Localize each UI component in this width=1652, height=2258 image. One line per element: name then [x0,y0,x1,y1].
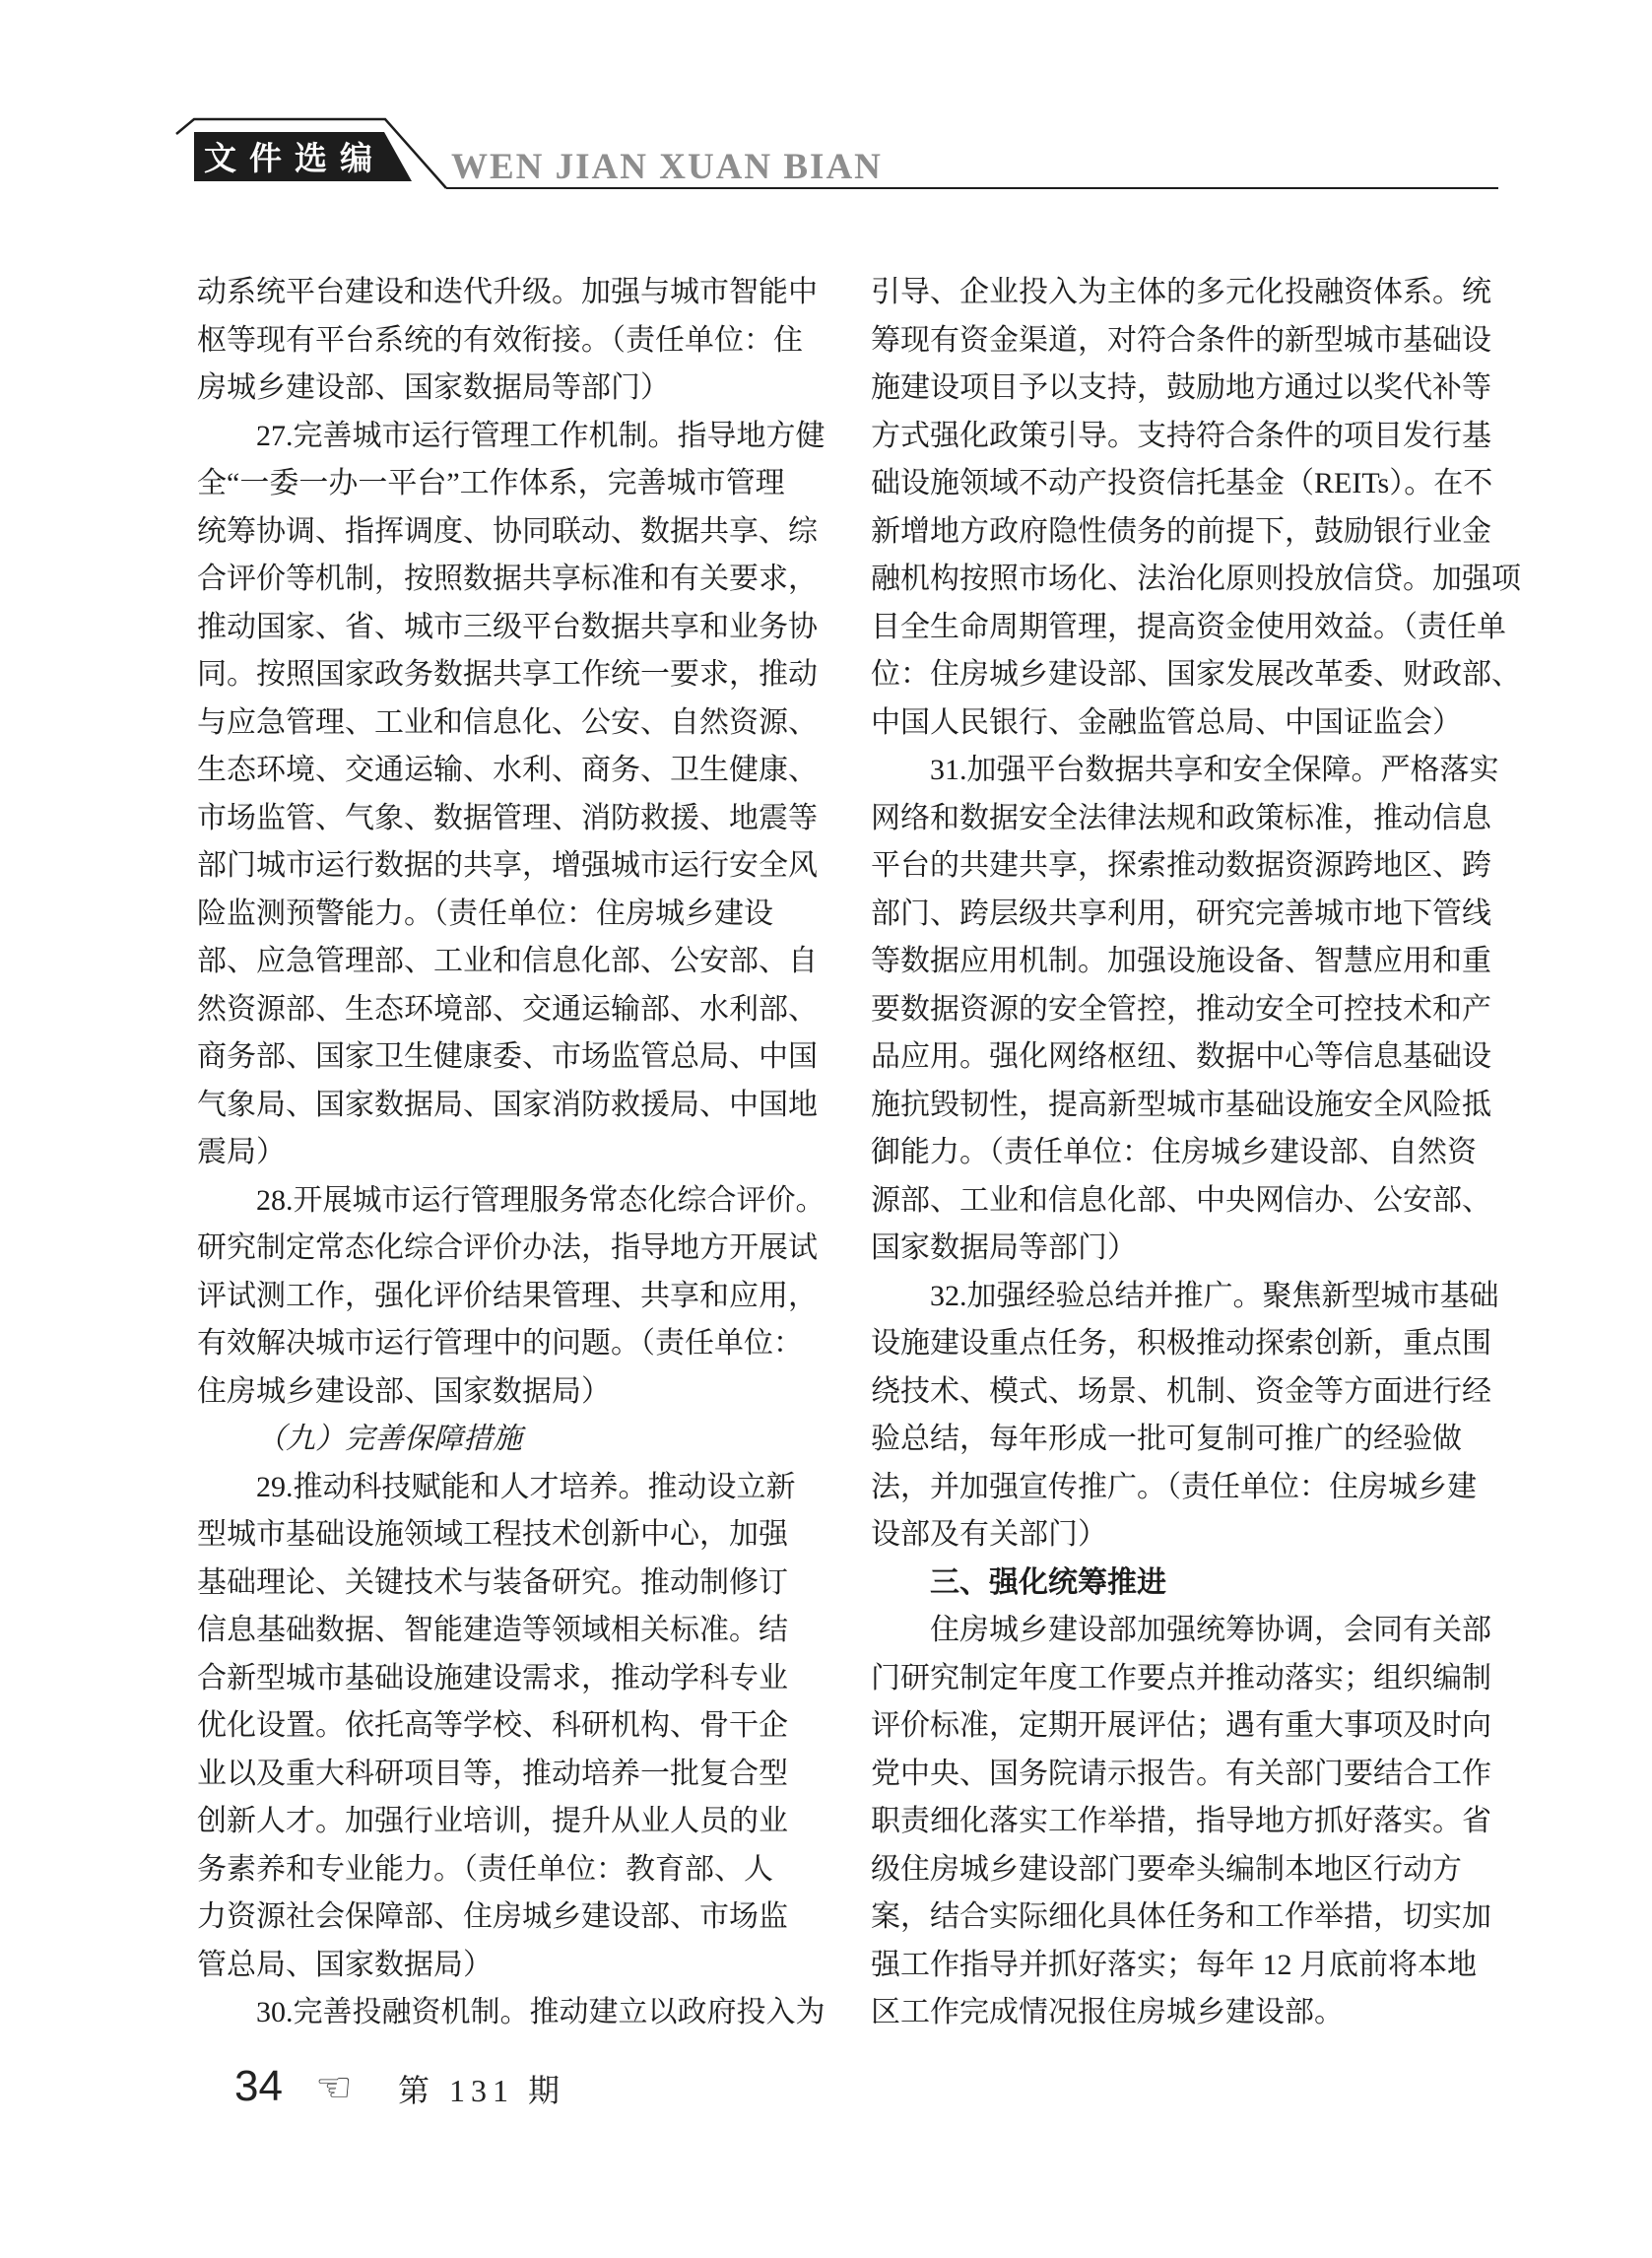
text-line: 三、强化统筹推进 [871,1560,1501,1608]
text-line: 中国人民银行、金融监管总局、中国证监会） [871,699,1501,748]
text-line: （九）完善保障措施 [197,1416,827,1464]
text-line: 生态环境、交通运输、水利、商务、卫生健康、 [197,747,827,795]
text-line: 合评价等机制，按照数据共享标准和有关要求， [197,556,827,604]
text-line: 统筹协调、指挥调度、协同联动、数据共享、综 [197,508,827,557]
text-line: 29.推动科技赋能和人才培养。推动设立新 [197,1464,827,1512]
text-line: 职责细化落实工作举措，指导地方抓好落实。省 [871,1798,1501,1846]
text-line: 气象局、国家数据局、国家消防救援局、中国地 [197,1082,827,1130]
text-line: 国家数据局等部门） [871,1225,1501,1273]
text-line: 绕技术、模式、场景、机制、资金等方面进行经 [871,1368,1501,1417]
text-line: 全“一委一办一平台”工作体系，完善城市管理 [197,460,827,508]
text-line: 础设施领域不动产投资信托基金（REITs）。在不 [871,460,1501,508]
text-line: 法，并加强宣传推广。（责任单位：住房城乡建 [871,1464,1501,1512]
text-line: 推动国家、省、城市三级平台数据共享和业务协 [197,604,827,652]
text-line: 验总结，每年形成一批可复制可推广的经验做 [871,1416,1501,1464]
text-line: 险监测预警能力。（责任单位：住房城乡建设 [197,891,827,939]
text-line: 28.开展城市运行管理服务常态化综合评价。 [197,1177,827,1226]
text-line: 方式强化政策引导。支持符合条件的项目发行基 [871,413,1501,461]
text-line: 平台的共建共享，探索推动数据资源跨地区、跨 [871,842,1501,891]
text-line: 业以及重大科研项目等，推动培养一批复合型 [197,1751,827,1799]
text-line: 27.完善城市运行管理工作机制。指导地方健 [197,413,827,461]
text-line: 部门城市运行数据的共享，增强城市运行安全风 [197,842,827,891]
text-line: 党中央、国务院请示报告。有关部门要结合工作 [871,1751,1501,1799]
text-line: 案，结合实际细化具体任务和工作举措，切实加 [871,1893,1501,1942]
header-banner-shape [0,0,1652,236]
text-line: 基础理论、关键技术与装备研究。推动制修订 [197,1560,827,1608]
text-line: 动系统平台建设和迭代升级。加强与城市智能中 [197,269,827,317]
text-line: 施建设项目予以支持，鼓励地方通过以奖代补等 [871,365,1501,413]
text-line: 合新型城市基础设施建设需求，推动学科专业 [197,1655,827,1703]
text-line: 有效解决城市运行管理中的问题。（责任单位： [197,1320,827,1368]
left-column: 动系统平台建设和迭代升级。加强与城市智能中枢等现有平台系统的有效衔接。（责任单位… [197,269,827,2037]
text-line: 设施建设重点任务，积极推动探索创新，重点围 [871,1320,1501,1368]
text-line: 信息基础数据、智能建造等领域相关标准。结 [197,1607,827,1655]
text-line: 评价标准，定期开展评估；遇有重大事项及时向 [871,1702,1501,1751]
text-line: 筹现有资金渠道，对符合条件的新型城市基础设 [871,317,1501,365]
page: 文件选编 WEN JIAN XUAN BIAN 动系统平台建设和迭代升级。加强与… [0,0,1652,2258]
text-line: 目全生命周期管理，提高资金使用效益。（责任单 [871,604,1501,652]
page-number: 34 [234,2063,283,2110]
issue-label: 第 131 期 [398,2071,565,2110]
text-line: 区工作完成情况报住房城乡建设部。 [871,1989,1501,2037]
text-line: 与应急管理、工业和信息化、公安、自然资源、 [197,699,827,748]
text-line: 务素养和专业能力。（责任单位：教育部、人 [197,1846,827,1894]
text-line: 31.加强平台数据共享和安全保障。严格落实 [871,747,1501,795]
text-line: 设部及有关部门） [871,1511,1501,1560]
text-line: 位：住房城乡建设部、国家发展改革委、财政部、 [871,651,1501,699]
text-line: 30.完善投融资机制。推动建立以政府投入为 [197,1989,827,2037]
text-line: 优化设置。依托高等学校、科研机构、骨干企 [197,1702,827,1751]
section-banner-title: 文件选编 [204,137,391,180]
text-line: 评试测工作，强化评价结果管理、共享和应用， [197,1273,827,1321]
text-line: 等数据应用机制。加强设施设备、智慧应用和重 [871,938,1501,986]
text-line: 创新人才。加强行业培训，提升从业人员的业 [197,1798,827,1846]
text-line: 管总局、国家数据局） [197,1942,827,1990]
text-line: 市场监管、气象、数据管理、消防救援、地震等 [197,795,827,843]
text-line: 住房城乡建设部、国家数据局） [197,1368,827,1417]
text-line: 施抗毁韧性，提高新型城市基础设施安全风险抵 [871,1082,1501,1130]
text-line: 融机构按照市场化、法治化原则投放信贷。加强项 [871,556,1501,604]
text-line: 力资源社会保障部、住房城乡建设部、市场监 [197,1893,827,1942]
text-line: 门研究制定年度工作要点并推动落实；组织编制 [871,1655,1501,1703]
text-line: 品应用。强化网络枢纽、数据中心等信息基础设 [871,1033,1501,1082]
text-line: 要数据资源的安全管控，推动安全可控技术和产 [871,986,1501,1034]
text-line: 源部、工业和信息化部、中央网信办、公安部、 [871,1177,1501,1226]
text-line: 房城乡建设部、国家数据局等部门） [197,365,827,413]
section-banner-pinyin: WEN JIAN XUAN BIAN [451,145,883,190]
right-column: 引导、企业投入为主体的多元化投融资体系。统筹现有资金渠道，对符合条件的新型城市基… [871,269,1501,2037]
page-footer: 34 ☜ 第 131 期 [0,2063,1652,2122]
text-line: 商务部、国家卫生健康委、市场监管总局、中国 [197,1033,827,1082]
pointing-hand-icon: ☜ [315,2065,353,2110]
text-line: 部门、跨层级共享利用，研究完善城市地下管线 [871,891,1501,939]
text-line: 御能力。（责任单位：住房城乡建设部、自然资 [871,1129,1501,1177]
text-line: 震局） [197,1129,827,1177]
text-line: 然资源部、生态环境部、交通运输部、水利部、 [197,986,827,1034]
text-line: 同。按照国家政务数据共享工作统一要求，推动 [197,651,827,699]
text-line: 部、应急管理部、工业和信息化部、公安部、自 [197,938,827,986]
text-line: 研究制定常态化综合评价办法，指导地方开展试 [197,1225,827,1273]
text-line: 引导、企业投入为主体的多元化投融资体系。统 [871,269,1501,317]
text-line: 网络和数据安全法律法规和政策标准，推动信息 [871,795,1501,843]
text-line: 新增地方政府隐性债务的前提下，鼓励银行业金 [871,508,1501,557]
text-line: 枢等现有平台系统的有效衔接。（责任单位：住 [197,317,827,365]
text-line: 住房城乡建设部加强统筹协调，会同有关部 [871,1607,1501,1655]
text-line: 型城市基础设施领域工程技术创新中心，加强 [197,1511,827,1560]
text-line: 强工作指导并抓好落实；每年 12 月底前将本地 [871,1942,1501,1990]
text-line: 32.加强经验总结并推广。聚焦新型城市基础 [871,1273,1501,1321]
text-line: 级住房城乡建设部门要牵头编制本地区行动方 [871,1846,1501,1894]
